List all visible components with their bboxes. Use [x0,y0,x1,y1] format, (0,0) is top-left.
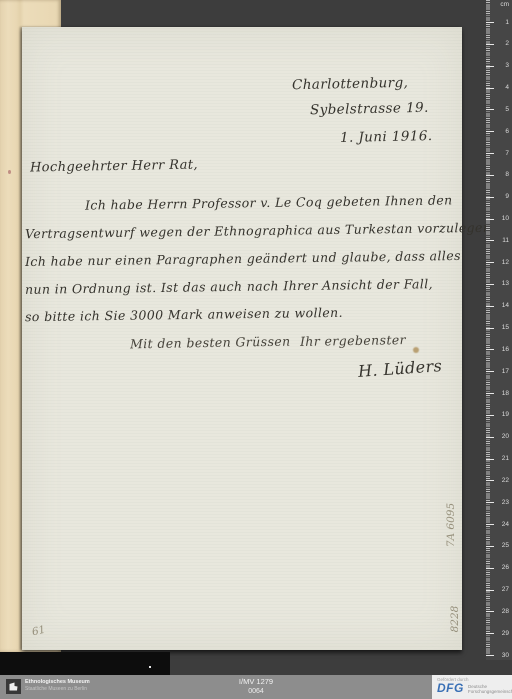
pencil-note-right-upper: 7A 6095 [445,484,457,566]
letter-body-line: Ich habe nur einen Paragraphen geändert … [25,248,461,269]
ruler-cm-label: 14 [496,302,509,309]
ruler-cm-tick [486,633,494,634]
ruler-cm-label: 4 [496,84,509,91]
ruler-cm-label: 25 [496,542,509,549]
ruler-cm-tick [486,44,494,45]
ruler-cm-tick [486,306,494,307]
paper-stain-red [8,170,11,174]
letter-place-line: Charlottenburg, [292,75,409,93]
ruler-cm-label: 16 [496,346,509,353]
ruler-cm-tick [486,262,494,263]
ruler-cm-label: 29 [496,630,509,637]
ruler-cm-label: 26 [496,564,509,571]
ruler-cm-label: 10 [496,215,509,222]
pencil-note-right-lower: 8228 [449,588,461,650]
ruler-cm-tick [486,655,494,656]
ruler-unit-label: cm [496,1,509,8]
ruler-cm-label: 21 [496,455,509,462]
ruler-cm-label: 22 [496,477,509,484]
ruler-cm-tick [486,109,494,110]
ruler-cm-tick [486,219,494,220]
scan-edge-strip [0,652,170,675]
ruler-cm-tick [486,459,494,460]
ruler-cm-tick [486,437,494,438]
ruler-cm-label: 18 [496,390,509,397]
letter-date-line: 1. Juni 1916. [340,128,433,146]
ruler-cm-tick [486,590,494,591]
ruler-cm-tick [486,349,494,350]
ruler-cm-label: 6 [496,128,509,135]
ruler-cm-label: 27 [496,586,509,593]
ruler-cm-tick [486,88,494,89]
ruler: cm 1234567891011121314151617181920212223… [486,0,512,660]
ruler-cm-tick [486,393,494,394]
ruler-cm-label: 13 [496,280,509,287]
ruler-cm-label: 17 [496,368,509,375]
ruler-cm-label: 9 [496,193,509,200]
letter-signature: H. Lüders [357,356,442,381]
ruler-cm-tick [486,568,494,569]
letter-body-line: Ich habe Herrn Professor v. Le Coq gebet… [85,192,453,212]
paper-stain-brown [413,347,419,353]
ruler-cm-label: 7 [496,150,509,157]
letter-salutation: Hochgeehrter Herr Rat, [30,158,198,176]
dfg-name: Deutsche Forschungsgemeinschaft [468,684,512,694]
ruler-cm-tick [486,197,494,198]
ruler-cm-label: 15 [496,324,509,331]
ruler-cm-label: 19 [496,411,509,418]
dfg-funding-panel: Gefördert durch DFG Deutsche Forschungsg… [432,675,512,699]
ruler-cm-tick [486,480,494,481]
ruler-cm-label: 5 [496,106,509,113]
ruler-cm-label: 3 [496,62,509,69]
letter-body-line: Vertragsentwurf wegen der Ethnographica … [25,220,496,242]
ruler-cm-label: 8 [496,171,509,178]
letter-closing-right: Ihr ergebenster [300,332,406,349]
letter-page: Charlottenburg, Sybelstrasse 19. 1. Juni… [22,27,462,650]
footer-bar: Ethnologisches Museum Staatliche Museen … [0,675,512,699]
ruler-cm-label: 12 [496,259,509,266]
ruler-cm-tick [486,66,494,67]
dfg-name-line2: Forschungsgemeinschaft [468,689,512,694]
ruler-cm-label: 30 [496,652,509,659]
ruler-cm-tick [486,415,494,416]
ruler-cm-label: 24 [496,521,509,528]
ruler-cm-tick [486,131,494,132]
ruler-cm-tick [486,502,494,503]
pencil-note-bottom-left: 61 [31,624,47,639]
letter-body-line: so bitte ich Sie 3000 Mark anweisen zu w… [25,305,343,324]
letter-body-line: nun in Ordnung ist. Ist das auch nach Ih… [25,276,433,297]
ruler-cm-tick [486,153,494,154]
archival-scan: Charlottenburg, Sybelstrasse 19. 1. Juni… [0,0,512,699]
letter-closing-left: Mit den besten Grüssen [130,334,291,352]
letter-street-line: Sybelstrasse 19. [310,100,429,118]
ruler-cm-tick [486,284,494,285]
ruler-cm-label: 1 [496,19,509,26]
ruler-cm-tick [486,371,494,372]
dfg-logo: DFG [437,681,464,695]
ruler-cm-label: 28 [496,608,509,615]
ruler-cm-label: 23 [496,499,509,506]
ruler-cm-label: 2 [496,40,509,47]
ruler-cm-tick [486,611,494,612]
ruler-cm-label: 20 [496,433,509,440]
ruler-cm-tick [486,524,494,525]
ruler-cm-label: 11 [496,237,509,244]
ruler-cm-tick [486,546,494,547]
ruler-cm-tick [486,328,494,329]
ruler-cm-tick [486,22,494,23]
ruler-cm-tick [486,175,494,176]
dust-speck [149,666,151,668]
ruler-cm-tick [486,240,494,241]
